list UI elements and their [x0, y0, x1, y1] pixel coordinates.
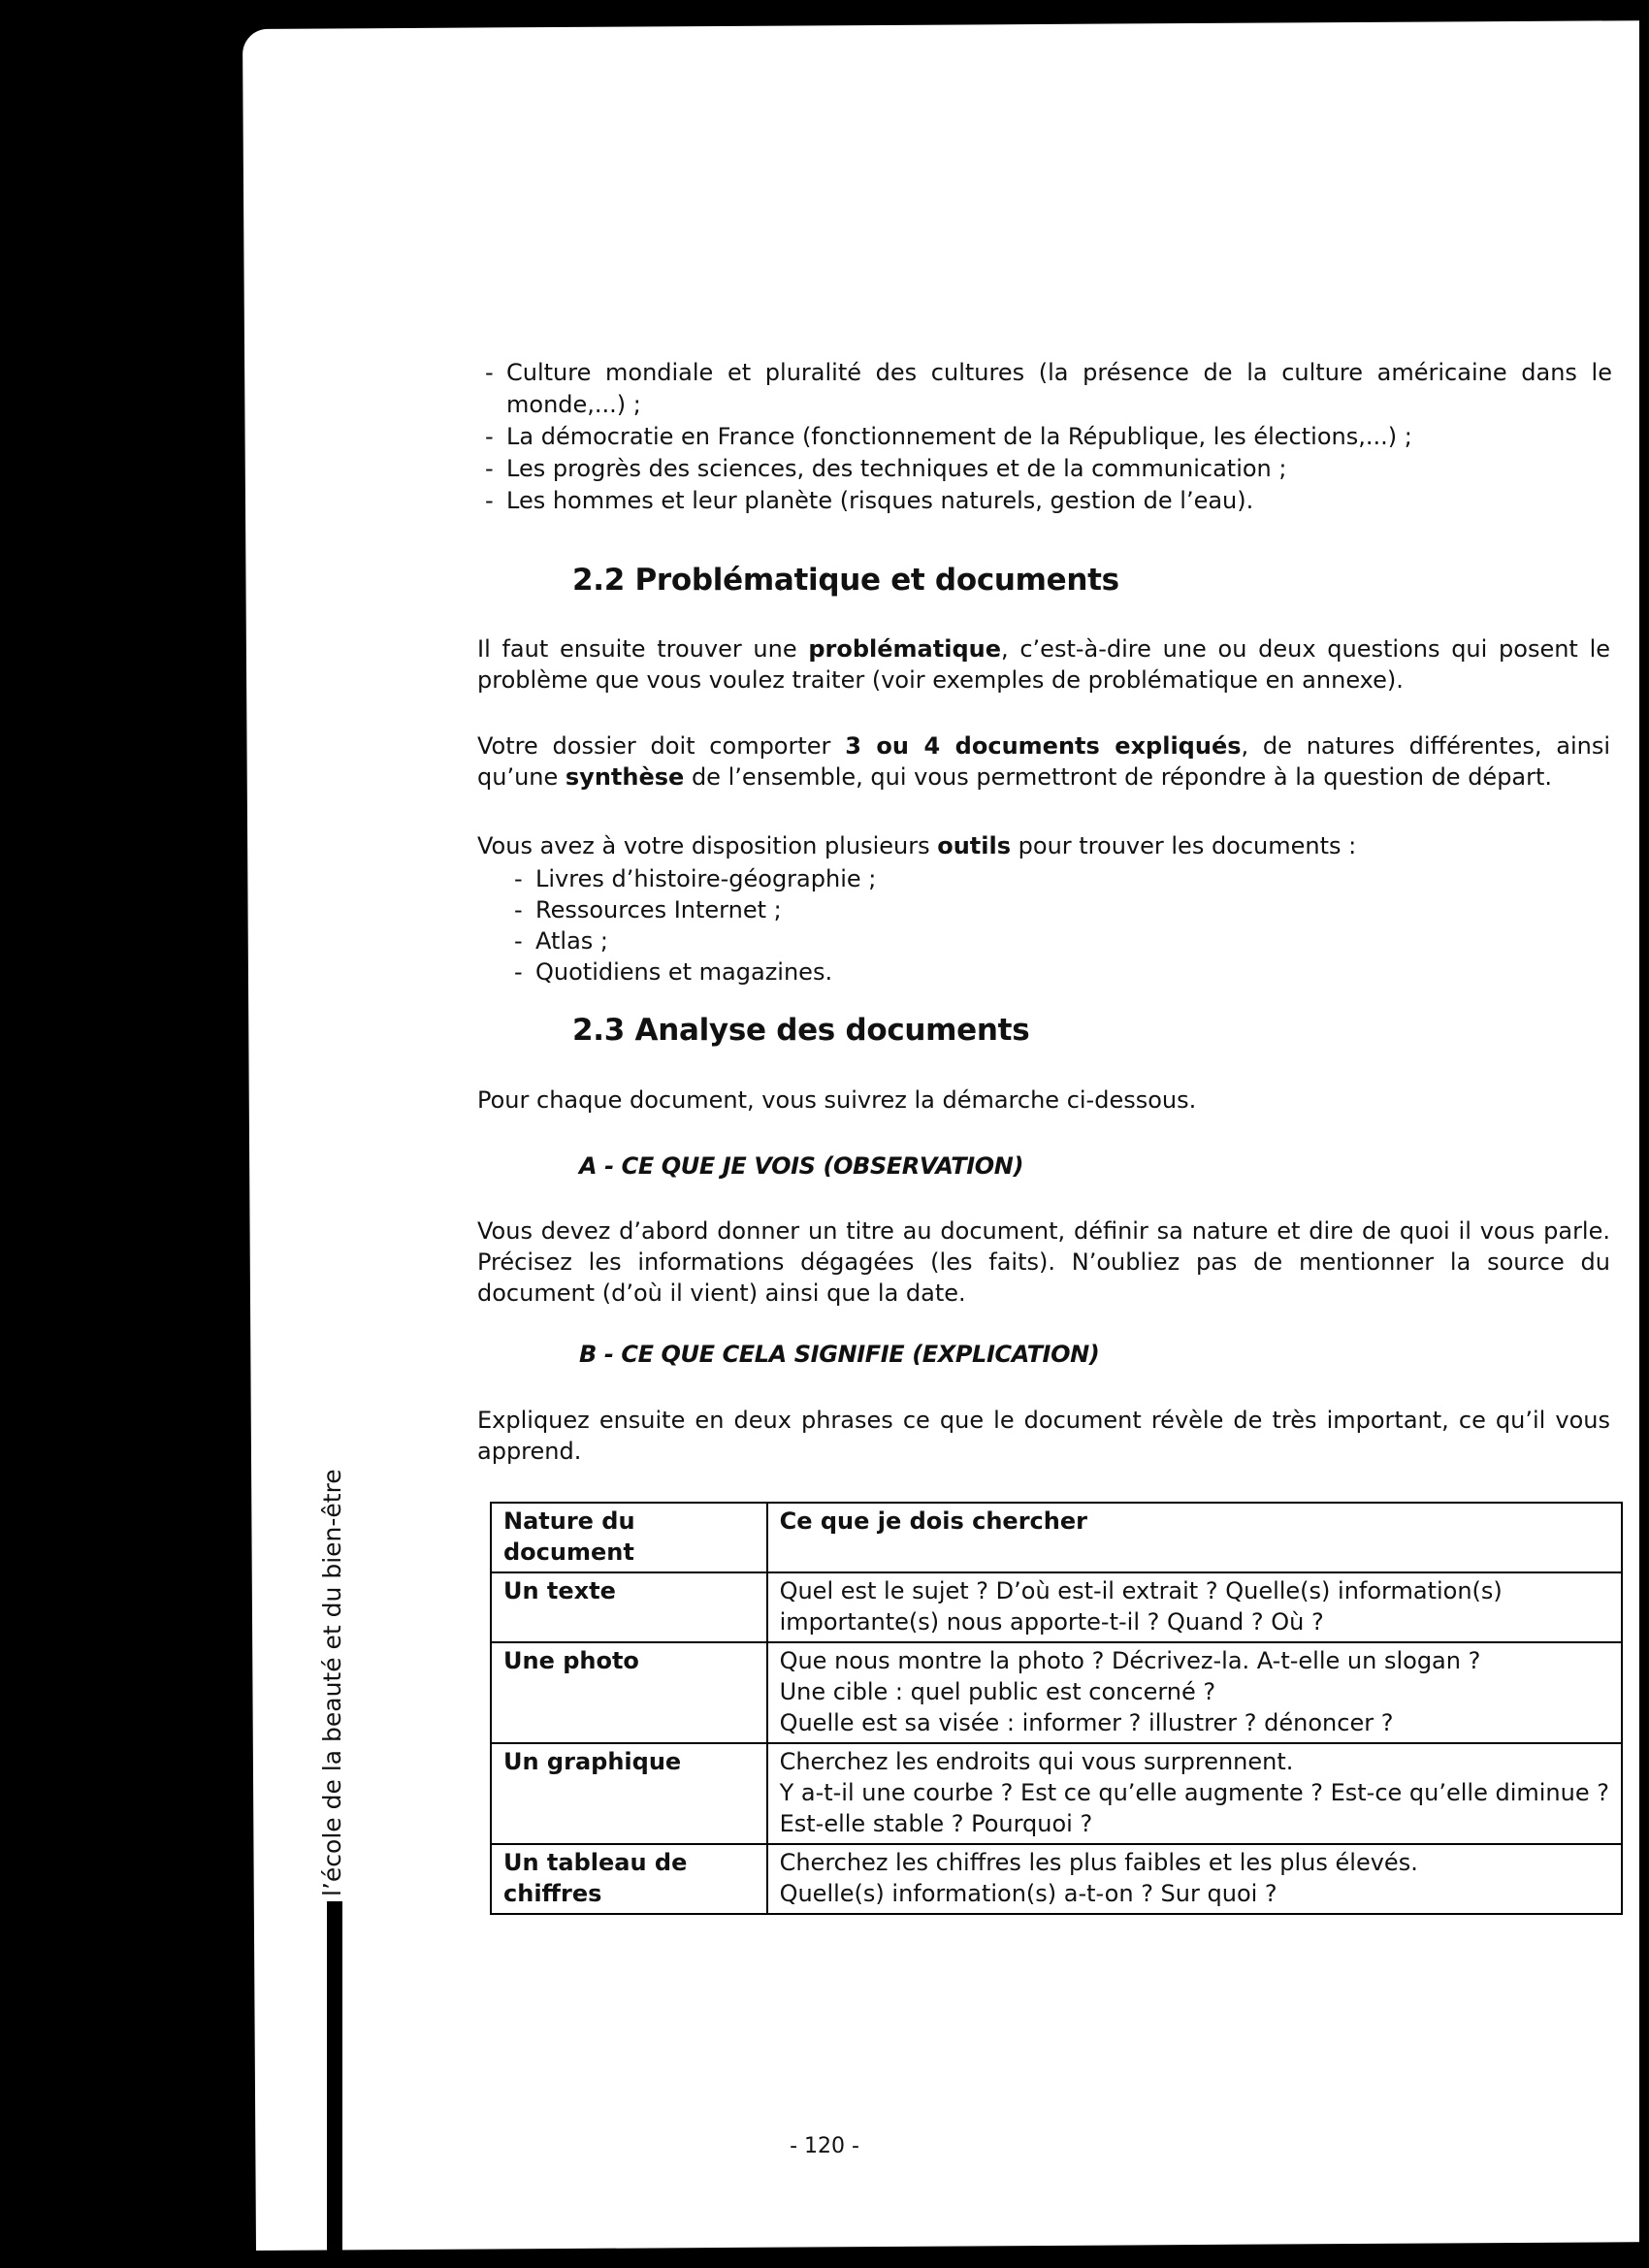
scan-border-right	[1639, 0, 1649, 2268]
list-item: La démocratie en France (fonctionnement …	[477, 421, 1612, 453]
question-line: Cherchez les endroits qui vous surprenne…	[780, 1746, 1609, 1777]
bold-text: 3 ou 4 documents expliqués	[845, 732, 1241, 760]
step-b-heading: B - CE QUE CELA SIGNIFIE (EXPLICATION)	[579, 1339, 1099, 1370]
list-item: Ressources Internet ;	[506, 894, 876, 925]
paragraph-dossier: Votre dossier doit comporter 3 ou 4 docu…	[477, 730, 1610, 793]
column-header-nature: Nature du document	[491, 1503, 767, 1572]
list-item: Quotidiens et magazines.	[506, 956, 876, 988]
cell-questions: Que nous montre la photo ? Décrivez-la. …	[767, 1642, 1622, 1743]
cell-questions: Cherchez les chiffres les plus faibles e…	[767, 1844, 1622, 1914]
cell-questions: Quel est le sujet ? D’où est-il extrait …	[767, 1572, 1622, 1642]
cell-questions: Cherchez les endroits qui vous surprenne…	[767, 1743, 1622, 1844]
table-row: Un texteQuel est le sujet ? D’où est-il …	[491, 1572, 1622, 1642]
question-line: Quel est le sujet ? D’où est-il extrait …	[780, 1575, 1609, 1606]
table-header-row: Nature du document Ce que je dois cherch…	[491, 1503, 1622, 1572]
table-row: Un tableau de chiffresCherchez les chiff…	[491, 1844, 1622, 1914]
scan-border-bottom	[242, 2248, 1649, 2268]
list-item: Atlas ;	[506, 925, 876, 956]
paragraph-intro: Pour chaque document, vous suivrez la dé…	[477, 1085, 1610, 1116]
paragraph-problematique: Il faut ensuite trouver une problématiqu…	[477, 633, 1610, 696]
text: Vous avez à votre disposition plusieurs	[477, 832, 937, 859]
question-line: importante(s) nous apporte-t-il ? Quand …	[780, 1606, 1609, 1637]
section-heading-2-2: 2.2 Problématique et documents	[572, 565, 1119, 596]
list-item: Livres d’histoire-géographie ;	[506, 863, 876, 894]
bold-text: problématique	[808, 635, 1001, 663]
text: Votre dossier doit comporter	[477, 732, 845, 760]
topics-list: Culture mondiale et pluralité des cultur…	[477, 357, 1612, 517]
question-line: Cherchez les chiffres les plus faibles e…	[780, 1847, 1609, 1878]
question-line: Que nous montre la photo ? Décrivez-la. …	[780, 1645, 1609, 1676]
cell-nature: Un texte	[491, 1572, 767, 1642]
cell-nature: Un graphique	[491, 1743, 767, 1844]
tools-list: Livres d’histoire-géographie ; Ressource…	[506, 863, 876, 988]
text: de l’ensemble, qui vous permettront de r…	[684, 763, 1552, 791]
step-a-heading: A - CE QUE JE VOIS (OBSERVATION)	[579, 1150, 1023, 1182]
cell-nature: Une photo	[491, 1642, 767, 1743]
text: Il faut ensuite trouver une	[477, 635, 808, 663]
question-line: Quelle(s) information(s) a-t-on ? Sur qu…	[780, 1878, 1609, 1909]
question-line: Une cible : quel public est concerné ?	[780, 1676, 1609, 1707]
document-analysis-table: Nature du document Ce que je dois cherch…	[490, 1502, 1623, 1915]
list-item: Les progrès des sciences, des techniques…	[477, 453, 1612, 485]
scanned-page	[242, 20, 1649, 2251]
side-bar	[327, 1901, 342, 2268]
question-line: Y a-t-il une courbe ? Est ce qu’elle aug…	[780, 1777, 1609, 1808]
paragraph-observation: Vous devez d’abord donner un titre au do…	[477, 1215, 1610, 1309]
page-number: - 120 -	[0, 2134, 1649, 2158]
bold-text: outils	[937, 832, 1011, 859]
table-body: Un texteQuel est le sujet ? D’où est-il …	[491, 1572, 1622, 1914]
question-line: Quelle est sa visée : informer ? illustr…	[780, 1707, 1609, 1738]
section-heading-2-3: 2.3 Analyse des documents	[572, 1015, 1029, 1046]
cell-nature: Un tableau de chiffres	[491, 1844, 767, 1914]
bold-text: synthèse	[566, 763, 684, 791]
table-row: Un graphiqueCherchez les endroits qui vo…	[491, 1743, 1622, 1844]
text: pour trouver les documents :	[1011, 832, 1356, 859]
paragraph-outils: Vous avez à votre disposition plusieurs …	[477, 830, 1610, 861]
paragraph-explication: Expliquez ensuite en deux phrases ce que…	[477, 1405, 1610, 1467]
column-header-chercher: Ce que je dois chercher	[767, 1503, 1622, 1572]
question-line: Est-elle stable ? Pourquoi ?	[780, 1808, 1609, 1839]
list-item: Culture mondiale et pluralité des cultur…	[477, 357, 1612, 421]
side-label: l’école de la beauté et du bien-être	[318, 1469, 346, 1896]
list-item: Les hommes et leur planète (risques natu…	[477, 485, 1612, 517]
table-row: Une photoQue nous montre la photo ? Décr…	[491, 1642, 1622, 1743]
